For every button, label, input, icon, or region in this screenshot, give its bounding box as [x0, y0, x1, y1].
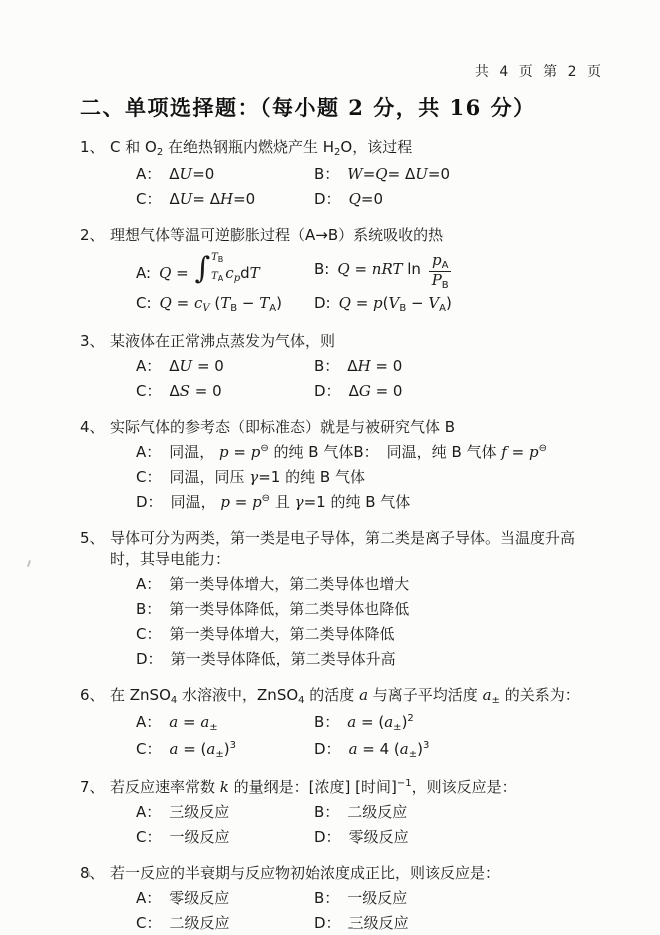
- text-run: B: [442, 280, 449, 291]
- option-text: Q = cV (TB − TA): [160, 294, 282, 312]
- option: C：一级反应: [136, 827, 314, 848]
- option-text: W=Q= ΔU=0: [347, 165, 450, 183]
- question-number: 6、: [80, 685, 110, 708]
- option-text: 一级反应: [347, 889, 407, 907]
- option-text: ΔG = 0: [349, 382, 403, 400]
- question-block: 1、C 和 O2 在绝热钢瓶内燃烧产生 H2O，该过程A：ΔU=0B：W=Q= …: [80, 137, 604, 210]
- question-stem: 8、若一反应的半衰期与反应物初始浓度成正比，则该反应是：: [80, 863, 604, 884]
- options-row: C：二级反应D：三级反应: [136, 913, 604, 934]
- options-row: A：零级反应B：一级反应: [136, 888, 604, 909]
- text-run: ⊖: [539, 443, 547, 454]
- options-row: D：第一类导体降低，第二类导体升高: [136, 649, 604, 670]
- text-run: ±: [393, 722, 401, 733]
- option: B：ΔH = 0: [314, 356, 492, 377]
- text-run: ⊖: [262, 493, 270, 504]
- question-block: 6、在 ZnSO4 水溶液中，ZnSO4 的活度 a 与离子平均活度 a± 的关…: [80, 685, 604, 762]
- option: C：第一类导体增大，第二类导体降低: [136, 624, 395, 645]
- text-run: W: [347, 165, 362, 183]
- option: C：ΔS = 0: [136, 381, 314, 402]
- text-run: 同温，: [169, 443, 219, 461]
- text-run: a: [384, 713, 393, 731]
- option: D：ΔG = 0: [314, 381, 492, 402]
- question-block: 7、若反应速率常数 k 的量纲是：[浓度] [时间]−1，则该反应是：A：三级反…: [80, 777, 604, 848]
- option-text: 第一类导体降低，第二类导体也降低: [169, 600, 409, 618]
- option-label: C：: [136, 828, 161, 846]
- text-run: 一级反应: [347, 889, 407, 907]
- options: A：同温， p = p⊖ 的纯 B 气体B：同温，纯 B 气体 f = p⊖C：…: [80, 442, 604, 513]
- text-run: a: [483, 686, 492, 704]
- text-run: Q: [349, 190, 361, 208]
- text-run: a: [359, 686, 368, 704]
- question-stem-text: 某液体在正常沸点蒸发为气体，则: [110, 331, 604, 352]
- option-text: a = a±: [169, 713, 217, 731]
- option: C：a = (a±)3: [136, 739, 314, 762]
- text-run: =1 的纯 B 气体: [304, 493, 411, 511]
- text-run: =: [363, 165, 376, 183]
- options: A:Q = ∫TBTAcpdTB:Q = nRT ln pAPBC:Q = cV…: [80, 250, 604, 316]
- options-row: C：一级反应D：零级反应: [136, 827, 604, 848]
- text-run: 第一类导体增大，第二类导体降低: [169, 625, 394, 643]
- text-run: 在 ZnSO: [110, 686, 171, 704]
- text-run: Q: [339, 294, 351, 312]
- text-run: V: [202, 303, 209, 314]
- text-run: p: [432, 251, 442, 269]
- option: B：第一类导体降低，第二类导体也降低: [136, 599, 409, 620]
- text-run: a: [400, 740, 409, 758]
- option-text: a = (a±)2: [347, 713, 414, 731]
- question-number: 2、: [80, 225, 110, 246]
- question-block: 3、某液体在正常沸点蒸发为气体，则A：ΔU = 0B：ΔH = 0C：ΔS = …: [80, 331, 604, 402]
- options-row: C：ΔS = 0D：ΔG = 0: [136, 381, 604, 402]
- text-run: 的纯 B 气体: [269, 443, 354, 461]
- option-label: C：: [136, 190, 161, 208]
- option-label: D：: [136, 493, 163, 511]
- text-run: ): [276, 294, 282, 312]
- text-run: H: [358, 357, 371, 375]
- text-run: =0: [192, 165, 214, 183]
- text-run: −1: [397, 778, 412, 789]
- option-text: Q = p(VB − VA): [339, 294, 452, 312]
- text-run: 某液体在正常沸点蒸发为气体，则: [110, 332, 335, 350]
- options-row: A：ΔU=0B：W=Q= ΔU=0: [136, 164, 604, 185]
- option-text: ΔH = 0: [347, 357, 402, 375]
- option-label: A：: [136, 803, 161, 821]
- text-run: = Δ: [192, 190, 220, 208]
- text-run: p: [219, 443, 229, 461]
- text-run: Q: [160, 294, 172, 312]
- text-run: ±: [492, 695, 500, 706]
- text-run: p: [373, 294, 383, 312]
- option: D：三级反应: [314, 913, 492, 934]
- question-stem-text: 理想气体等温可逆膨胀过程（A→B）系统吸收的热: [110, 225, 604, 246]
- option-label: C:: [136, 294, 152, 312]
- question-number: 7、: [80, 777, 110, 798]
- section-title: 二、单项选择题：（每小题 2 分，共 16 分）: [80, 92, 604, 122]
- option-text: a = (a±)3: [169, 740, 236, 758]
- text-run: P: [432, 271, 442, 289]
- question-stem: 4、实际气体的参考态（即标准态）就是与被研究气体 B: [80, 417, 604, 438]
- page-indicator: 共 4 页 第 2 页: [475, 61, 604, 81]
- option-label: D：: [314, 828, 341, 846]
- question-stem: 7、若反应速率常数 k 的量纲是：[浓度] [时间]−1，则该反应是：: [80, 777, 604, 798]
- option: D：a = 4 (a±)3: [314, 739, 492, 762]
- text-run: ，则该反应是：: [412, 778, 517, 796]
- option: B:Q = nRT ln pAPB: [314, 250, 492, 289]
- text-run: 的量纲是：[浓度] [时间]: [229, 778, 397, 796]
- question-stem-text: 在 ZnSO4 水溶液中，ZnSO4 的活度 a 与离子平均活度 a± 的关系为…: [110, 685, 604, 708]
- option: A：第一类导体增大，第二类导体也增大: [136, 574, 409, 595]
- option: B：a = (a±)2: [314, 712, 492, 735]
- text-run: =: [507, 443, 529, 461]
- text-run: 实际气体的参考态（即标准态）就是与被研究气体 B: [110, 418, 455, 436]
- option: A：三级反应: [136, 802, 314, 823]
- option-label: A：: [136, 575, 161, 593]
- option-text: 第一类导体增大，第二类导体也增大: [169, 575, 409, 593]
- question-stem-text: 若一反应的半衰期与反应物初始浓度成正比，则该反应是：: [110, 863, 604, 884]
- question-number: 3、: [80, 331, 110, 352]
- text-run: ⊖: [260, 443, 268, 454]
- text-run: = Δ: [388, 165, 416, 183]
- text-run: G: [359, 382, 371, 400]
- text-run: 理想气体等温可逆膨胀过程（A→B）系统吸收的热: [110, 226, 443, 244]
- text-run: Q: [375, 165, 387, 183]
- options-row: B：第一类导体降低，第二类导体也降低: [136, 599, 604, 620]
- fraction-numerator: pA: [429, 252, 451, 272]
- option-text: ΔU = 0: [169, 357, 224, 375]
- option-text: 同温，纯 B 气体 f = p⊖: [387, 443, 547, 461]
- text-run: =: [171, 264, 193, 282]
- option: A：同温， p = p⊖ 的纯 B 气体: [136, 442, 353, 463]
- option-label: B：: [314, 165, 339, 183]
- option-text: 第一类导体降低，第二类导体升高: [171, 650, 396, 668]
- question-number: 4、: [80, 417, 110, 438]
- scanned-exam-page: 共 4 页 第 2 页 二、单项选择题：（每小题 2 分，共 16 分） 1、C…: [0, 0, 660, 935]
- option-text: a = 4 (a±)3: [349, 740, 430, 758]
- text-run: p: [251, 443, 261, 461]
- text-run: T: [211, 252, 218, 263]
- text-run: 若反应速率常数: [110, 778, 220, 796]
- option: A：a = a±: [136, 712, 314, 735]
- option-label: B：: [314, 803, 339, 821]
- integral-sign-icon: ∫: [194, 256, 210, 282]
- text-run: ): [446, 294, 452, 312]
- question-block: 2、理想气体等温可逆膨胀过程（A→B）系统吸收的热A:Q = ∫TBTAcpdT…: [80, 225, 604, 316]
- fraction: pAPB: [429, 252, 452, 291]
- text-run: Δ: [349, 382, 359, 400]
- option-label: B：: [136, 600, 161, 618]
- text-run: Δ: [169, 382, 179, 400]
- text-run: S: [180, 382, 190, 400]
- options-row: D：同温， p = p⊖ 且 γ=1 的纯 B 气体: [136, 492, 604, 513]
- text-run: 的关系为：: [500, 686, 580, 704]
- option-label: A：: [136, 443, 161, 461]
- option-label: A：: [136, 165, 161, 183]
- options-row: A:Q = ∫TBTAcpdTB:Q = nRT ln pAPB: [136, 250, 604, 289]
- text-run: 第一类导体降低，第二类导体升高: [171, 650, 396, 668]
- question-block: 8、若一反应的半衰期与反应物初始浓度成正比，则该反应是：A：零级反应B：一级反应…: [80, 863, 604, 934]
- text-run: T: [220, 294, 230, 312]
- text-run: 3: [423, 740, 429, 751]
- options-row: C:Q = cV (TB − TA)D:Q = p(VB − VA): [136, 293, 604, 316]
- text-run: 零级反应: [169, 889, 229, 907]
- text-run: V: [428, 294, 439, 312]
- text-run: U: [180, 165, 193, 183]
- option-text: 三级反应: [169, 803, 229, 821]
- question-number: 8、: [80, 863, 110, 884]
- option-label: D：: [136, 650, 163, 668]
- text-run: T: [250, 264, 260, 282]
- option-text: 同温， p = p⊖ 的纯 B 气体: [169, 443, 353, 461]
- option: D：第一类导体降低，第二类导体升高: [136, 649, 396, 670]
- option-label: C：: [136, 625, 161, 643]
- question-block: 4、实际气体的参考态（即标准态）就是与被研究气体 BA：同温， p = p⊖ 的…: [80, 417, 604, 513]
- options: A：第一类导体增大，第二类导体也增大B：第一类导体降低，第二类导体也降低C：第一…: [80, 574, 604, 670]
- options: A：a = a±B：a = (a±)2C：a = (a±)3D：a = 4 (a…: [80, 712, 604, 762]
- text-run: ±: [409, 749, 417, 760]
- text-run: O，该过程: [340, 138, 412, 156]
- option-text: 第一类导体增大，第二类导体降低: [169, 625, 394, 643]
- integral-lower-bound: TA: [211, 272, 223, 283]
- question-stem: 1、C 和 O2 在绝热钢瓶内燃烧产生 H2O，该过程: [80, 137, 604, 160]
- question-stem: 3、某液体在正常沸点蒸发为气体，则: [80, 331, 604, 352]
- text-run: C 和 O: [110, 138, 157, 156]
- options-row: A：a = a±B：a = (a±)2: [136, 712, 604, 735]
- text-run: (: [210, 294, 221, 312]
- option-label: A：: [136, 713, 161, 731]
- option-text: 同温， p = p⊖ 且 γ=1 的纯 B 气体: [171, 493, 411, 511]
- scan-speck: [348, 927, 353, 929]
- option-text: Q = ∫TBTAcpdT: [159, 264, 260, 282]
- question-block: 5、导体可分为两类，第一类是电子导体，第二类是离子导体。当温度升高时，其导电能力…: [80, 528, 604, 670]
- text-run: T: [211, 271, 218, 282]
- question-stem: 2、理想气体等温可逆膨胀过程（A→B）系统吸收的热: [80, 225, 604, 246]
- options: A：零级反应B：一级反应C：二级反应D：三级反应: [80, 888, 604, 934]
- option-text: 二级反应: [347, 803, 407, 821]
- option: D:Q = p(VB − VA): [314, 293, 492, 316]
- text-run: U: [415, 165, 428, 183]
- text-run: =0: [428, 165, 450, 183]
- integral-bounds: TBTA: [211, 253, 223, 283]
- option: B：同温，纯 B 气体 f = p⊖: [353, 442, 547, 463]
- text-run: = (: [356, 713, 384, 731]
- options-row: A：同温， p = p⊖ 的纯 B 气体B：同温，纯 B 气体 f = p⊖: [136, 442, 604, 463]
- text-run: 导体可分为两类，第一类是电子导体，第二类是离子导体。当温度升高时，其导电能力：: [110, 529, 575, 568]
- text-run: p: [529, 443, 539, 461]
- text-run: 三级反应: [169, 803, 229, 821]
- text-run: 同温，: [171, 493, 221, 511]
- option-text: 同温，同压 γ=1 的纯 B 气体: [169, 468, 364, 486]
- option-text: 一级反应: [169, 828, 229, 846]
- option-label: D：: [314, 914, 341, 932]
- option-text: 二级反应: [169, 914, 229, 932]
- text-run: = 0: [190, 382, 222, 400]
- text-run: Δ: [169, 190, 179, 208]
- option: C：ΔU= ΔH=0: [136, 189, 314, 210]
- text-run: =: [351, 294, 373, 312]
- option-text: 零级反应: [169, 889, 229, 907]
- text-run: Δ: [347, 357, 357, 375]
- text-run: p: [220, 493, 230, 511]
- text-run: 且: [270, 493, 295, 511]
- options: A：三级反应B：二级反应C：一级反应D：零级反应: [80, 802, 604, 848]
- text-run: γ: [295, 493, 304, 511]
- text-run: U: [180, 357, 193, 375]
- option-text: ΔU= ΔH=0: [169, 190, 255, 208]
- question-stem-text: C 和 O2 在绝热钢瓶内燃烧产生 H2O，该过程: [110, 137, 604, 160]
- text-run: γ: [249, 468, 258, 486]
- question-number: 5、: [80, 528, 110, 570]
- option: D：Q=0: [314, 189, 492, 210]
- text-run: A: [442, 260, 449, 271]
- text-run: Δ: [169, 165, 179, 183]
- options-row: C：ΔU= ΔH=0D：Q=0: [136, 189, 604, 210]
- option-label: B：: [314, 889, 339, 907]
- options-row: C：a = (a±)3D：a = 4 (a±)3: [136, 739, 604, 762]
- text-run: = (: [178, 740, 206, 758]
- text-run: =: [230, 493, 252, 511]
- question-stem: 5、导体可分为两类，第一类是电子导体，第二类是离子导体。当温度升高时，其导电能力…: [80, 528, 604, 570]
- text-run: 的活度: [305, 686, 360, 704]
- text-run: Q: [159, 264, 171, 282]
- text-run: ln: [402, 260, 425, 278]
- text-run: ±: [209, 722, 217, 733]
- option: C：同温，同压 γ=1 的纯 B 气体: [136, 467, 365, 488]
- text-run: 同温，同压: [169, 468, 249, 486]
- option: C：二级反应: [136, 913, 314, 934]
- text-run: = 0: [371, 382, 403, 400]
- text-run: c: [225, 264, 233, 282]
- text-run: 一级反应: [169, 828, 229, 846]
- text-run: = 4 (: [358, 740, 400, 758]
- integral-upper-bound: TB: [211, 253, 223, 264]
- option: A：ΔU = 0: [136, 356, 314, 377]
- option-label: D：: [314, 740, 341, 758]
- text-run: −: [237, 294, 259, 312]
- option-label: D：: [314, 190, 341, 208]
- option: A：ΔU=0: [136, 164, 314, 185]
- option-text: 三级反应: [349, 914, 409, 932]
- option-label: C：: [136, 740, 161, 758]
- option-label: D:: [314, 294, 331, 312]
- question-stem-text: 若反应速率常数 k 的量纲是：[浓度] [时间]−1，则该反应是：: [110, 777, 604, 798]
- options-row: A：第一类导体增大，第二类导体也增大: [136, 574, 604, 595]
- option-label: B：: [314, 713, 339, 731]
- text-run: 同温，纯 B 气体: [387, 443, 502, 461]
- text-run: 与离子平均活度: [368, 686, 483, 704]
- option-text: Q = nRT ln pAPB: [337, 260, 454, 278]
- text-run: a: [349, 740, 358, 758]
- text-run: 3: [230, 740, 236, 751]
- question-stem-text: 实际气体的参考态（即标准态）就是与被研究气体 B: [110, 417, 604, 438]
- option-text: 零级反应: [349, 828, 409, 846]
- text-run: 三级反应: [349, 914, 409, 932]
- text-run: T: [259, 294, 269, 312]
- text-run: 若一反应的半衰期与反应物初始浓度成正比，则该反应是：: [110, 864, 500, 882]
- text-run: nRT: [372, 260, 403, 278]
- text-run: H: [220, 190, 233, 208]
- options: A：ΔU = 0B：ΔH = 0C：ΔS = 0D：ΔG = 0: [80, 356, 604, 402]
- text-run: 二级反应: [169, 914, 229, 932]
- options: A：ΔU=0B：W=Q= ΔU=0C：ΔU= ΔH=0D：Q=0: [80, 164, 604, 210]
- text-run: 水溶液中，ZnSO: [177, 686, 298, 704]
- option: A:Q = ∫TBTAcpdT: [136, 253, 314, 285]
- text-run: 在绝热钢瓶内燃烧产生 H: [163, 138, 334, 156]
- option-text: Q=0: [349, 190, 383, 208]
- text-run: a: [169, 713, 178, 731]
- fraction-denominator: PB: [429, 272, 452, 291]
- option-text: ΔS = 0: [169, 382, 221, 400]
- option: B：二级反应: [314, 802, 492, 823]
- text-run: U: [180, 190, 193, 208]
- text-run: A: [439, 303, 446, 314]
- text-run: =0: [361, 190, 383, 208]
- options-row: C：第一类导体增大，第二类导体降低: [136, 624, 604, 645]
- option-label: B：: [314, 357, 339, 375]
- text-run: =: [172, 294, 194, 312]
- option-label: B：: [353, 443, 378, 461]
- text-run: B: [218, 255, 224, 264]
- option-label: C：: [136, 914, 161, 932]
- text-run: k: [220, 778, 229, 796]
- option-label: A:: [136, 264, 151, 282]
- option-label: A：: [136, 889, 161, 907]
- question-stem: 6、在 ZnSO4 水溶液中，ZnSO4 的活度 a 与离子平均活度 a± 的关…: [80, 685, 604, 708]
- option: D：同温， p = p⊖ 且 γ=1 的纯 B 气体: [136, 492, 410, 513]
- text-run: p: [252, 493, 262, 511]
- option-label: A：: [136, 357, 161, 375]
- options-row: A：ΔU = 0B：ΔH = 0: [136, 356, 604, 377]
- text-run: −: [406, 294, 428, 312]
- text-run: Δ: [169, 357, 179, 375]
- text-run: =: [178, 713, 200, 731]
- options-row: A：三级反应B：二级反应: [136, 802, 604, 823]
- text-run: a: [347, 713, 356, 731]
- option-label: C：: [136, 382, 161, 400]
- option: B：W=Q= ΔU=0: [314, 164, 492, 185]
- question-stem-text: 导体可分为两类，第一类是电子导体，第二类是离子导体。当温度升高时，其导电能力：: [110, 528, 604, 570]
- text-run: =0: [233, 190, 255, 208]
- text-run: 第一类导体降低，第二类导体也降低: [169, 600, 409, 618]
- text-run: 二级反应: [347, 803, 407, 821]
- text-run: = 0: [371, 357, 403, 375]
- option: A：零级反应: [136, 888, 314, 909]
- page-content: 二、单项选择题：（每小题 2 分，共 16 分） 1、C 和 O2 在绝热钢瓶内…: [0, 0, 660, 934]
- option: D：零级反应: [314, 827, 492, 848]
- text-run: ±: [215, 749, 223, 760]
- text-run: a: [200, 713, 209, 731]
- text-run: V: [389, 294, 400, 312]
- option-label: D：: [314, 382, 341, 400]
- question-number: 1、: [80, 137, 110, 160]
- text-run: A: [218, 274, 223, 283]
- text-run: =1 的纯 B 气体: [258, 468, 365, 486]
- text-run: =: [350, 260, 372, 278]
- option-text: ΔU=0: [169, 165, 214, 183]
- text-run: = 0: [192, 357, 224, 375]
- text-run: =: [229, 443, 251, 461]
- option-label: C：: [136, 468, 161, 486]
- options-row: C：同温，同压 γ=1 的纯 B 气体: [136, 467, 604, 488]
- text-run: 零级反应: [349, 828, 409, 846]
- option-label: B:: [314, 260, 329, 278]
- text-run: d: [240, 264, 250, 282]
- text-run: 第一类导体增大，第二类导体也增大: [169, 575, 409, 593]
- option: B：一级反应: [314, 888, 492, 909]
- integral: ∫TBTA: [194, 253, 223, 283]
- option: C:Q = cV (TB − TA): [136, 293, 314, 316]
- questions-list: 1、C 和 O2 在绝热钢瓶内燃烧产生 H2O，该过程A：ΔU=0B：W=Q= …: [80, 137, 604, 934]
- text-run: Q: [337, 260, 349, 278]
